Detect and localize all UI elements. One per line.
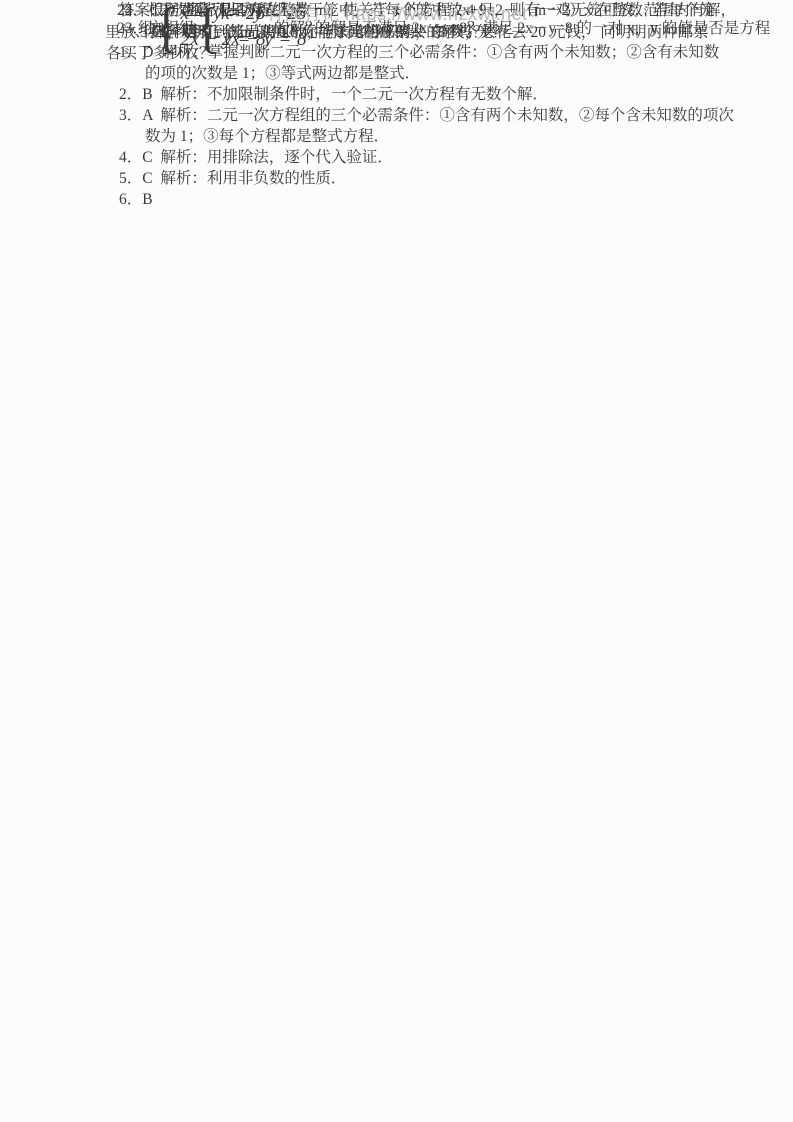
- answer-item-3-cont: 数为 1；③每个方程都是整式方程．: [145, 126, 734, 147]
- answer-item-1-cont: 的项的次数是 1；③等式两边都是整式．: [145, 63, 734, 84]
- answer-item-5: 5．C 解析：利用非负数的性质．: [119, 168, 734, 189]
- answer-item-2: 2．B 解析：不加限制条件时，一个二元一次方程有无数个解．: [119, 84, 734, 105]
- answer-item-4: 4．C 解析：用排除法，逐个代入验证．: [119, 147, 734, 168]
- answer-item-6: 6．B: [119, 189, 734, 210]
- worksheet-page: { "page": { "background": "#fcfcfb", "te…: [0, 0, 793, 1122]
- watermark-footer: 有渔有礼 https://www.nzxwl.net: [0, 0, 793, 26]
- answer-item-1: 1．D 解析：掌握判断二元一次方程的三个必需条件：①含有两个未知数；②含有未知数: [119, 42, 734, 63]
- answer-item-3: 3．A 解析：二元一次方程组的三个必需条件：①含有两个未知数，②每个含未知数的项…: [119, 105, 734, 126]
- answers-section: 答案： 一、选择题 1．D 解析：掌握判断二元一次方程的三个必需条件：①含有两个…: [0, 0, 734, 210]
